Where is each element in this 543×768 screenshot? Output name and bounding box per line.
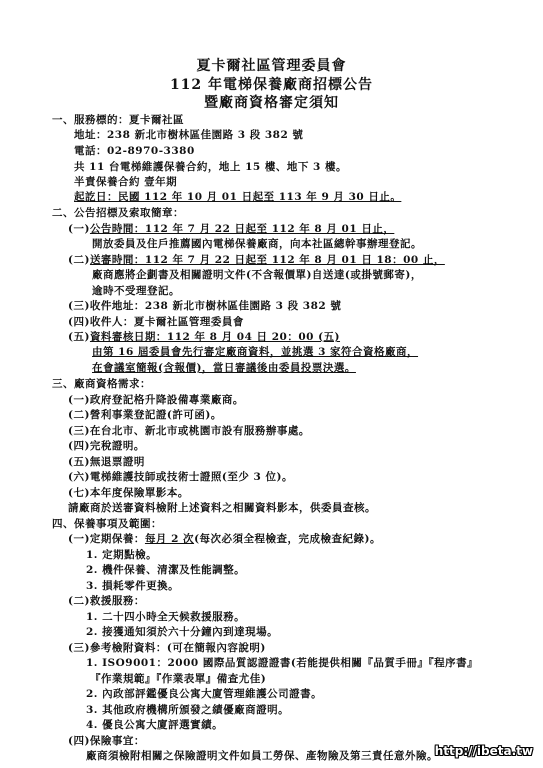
sec4-sub-item: 2. 內政部評鑑優良公寓大廈管理維護公司證書。 (86, 687, 322, 701)
sec3-item: (六)電梯維護技師或技術士證照(至少 3 位)。 (68, 470, 293, 484)
sec3-item: (四)完稅證明。 (68, 439, 145, 453)
sec2-item-2-detail-2: 逾時不受理登記。 (92, 284, 180, 298)
section-1-heading: 一、服務標的：夏卡爾社區 (52, 113, 184, 127)
sec4-sub-item: 1. 二十四小時全天候救援服務。 (86, 610, 245, 624)
submission-period: 送審時間：112 年 7 月 22 日起至 112 年 8 月 01 日 18：… (90, 254, 445, 266)
sec2-item-2: (二)送審時間：112 年 7 月 22 日起至 112 年 8 月 01 日 … (68, 253, 445, 267)
sec4-sub-item: 3. 損耗零件更換。 (86, 579, 179, 593)
sec2-item-5: (五)資料審核日期：112 年 8 月 04 日 20：00 (五) (68, 330, 340, 344)
title-announcement: 112 年電梯保養廠商招標公告 (0, 74, 543, 94)
sec3-item: (一)政府登記格升降設備專業廠商。 (68, 393, 244, 407)
title-committee: 夏卡爾社區管理委員會 (0, 55, 543, 75)
sec2-item-4: (四)收件人：夏卡爾社區管理委員會 (68, 315, 244, 329)
scope: 共 11 台電梯維護保養合約，地上 15 樓、地下 3 樓。 (74, 160, 347, 174)
contract-period: 起訖日：民國 112 年 10 月 01 日起至 113 年 9 月 30 日止… (74, 190, 401, 204)
sec4-item-1: (一)定期保養：每月 2 次(每次必須全程檢查，完成檢查紀錄)。 (68, 532, 381, 546)
phone: 電話：02-8970-3380 (74, 144, 195, 158)
sec2-item-5-detail-1: 由第 16 屆委員會先行審定廠商資料，並挑選 3 家符合資格廠商， (92, 345, 418, 359)
section-3-heading: 三、廠商資格需求： (52, 377, 151, 391)
sec4-insurance-detail: 廠商須檢附相關之保險證明文件如員工勞保、產物險及第三責任意外險。 (86, 749, 438, 763)
item-marker: (五) (68, 331, 90, 343)
item-label: (一)定期保養： (68, 533, 145, 545)
sec2-item-1: (一)公告時間：112 年 7 月 22 日起至 112 年 8 月 01 日止… (68, 222, 394, 236)
sec4-sub-item: 1. 定期點檢。 (86, 548, 157, 562)
section-2-heading: 二、公告招標及索取簡章： (52, 206, 184, 220)
sec4-item-3: (三)參考檢附資料：(可在簡報內容說明) (68, 641, 266, 655)
title-subtitle: 暨廠商資格審定須知 (0, 92, 543, 112)
watermark: http://ibeta.tw (435, 744, 533, 758)
sec4-sub-item: 2. 機件保養、清潔及性能調整。 (86, 563, 245, 577)
section-4-heading: 四、保養事項及範圍： (52, 517, 162, 531)
sec2-item-3: (三)收件地址：238 新北市樹林區佳園路 3 段 382 號 (68, 299, 341, 313)
sec4-sub-item: 1. ISO9001：2000 國際品質認證證書(若能提供相關『品質手冊』『程序… (86, 656, 478, 670)
sec4-sub-item-cont: 『作業規範』『作業表單』備查尤佳) (90, 672, 266, 686)
item-marker: (一) (68, 223, 90, 235)
sec2-item-1-detail: 開放委員及住戶推薦國內電梯保養廠商，向本社區總幹事辦理登記。 (92, 237, 422, 251)
sec3-item: (七)本年度保險單影本。 (68, 486, 189, 500)
item-detail: (每次必須全程檢查，完成檢查紀錄)。 (194, 533, 381, 545)
announcement-period: 公告時間：112 年 7 月 22 日起至 112 年 8 月 01 日止， (90, 223, 394, 235)
address: 地址：238 新北市樹林區佳園路 3 段 382 號 (74, 128, 303, 142)
maintenance-frequency: 每月 2 次 (145, 533, 194, 545)
sec4-sub-item: 3. 其他政府機構所頒發之績優廠商證明。 (86, 703, 289, 717)
review-date: 資料審核日期：112 年 8 月 04 日 20：00 (五) (90, 331, 340, 343)
sec4-sub-item: 2. 接獲通知須於六十分鐘內到達現場。 (86, 625, 278, 639)
sec4-item-4: (四)保險事宜： (68, 734, 145, 748)
sec2-item-2-detail-1: 廠商應將企劃書及相關證明文件(不含報價單)自送達(或掛號郵寄)， (92, 268, 422, 282)
item-marker: (二) (68, 254, 90, 266)
sec4-item-2: (二)救援服務： (68, 594, 145, 608)
sec4-sub-item: 4. 優良公寓大廈評選實績。 (86, 718, 223, 732)
sec3-item: (二)營利事業登記證(許可函)。 (68, 408, 222, 422)
contract-type: 半責保養合約 壹年期 (74, 175, 177, 189)
sec2-item-5-detail-2: 在會議室簡報(含報價)，當日審議後由委員投票決選。 (92, 361, 356, 375)
sec3-item: (五)無退票證明 (68, 455, 145, 469)
sec3-note: 請廠商於送審資料檢附上述資料之相關資料影本，供委員查核。 (68, 501, 376, 515)
sec3-item: (三)在台北市、新北市或桃園市設有服務辦事處。 (68, 424, 310, 438)
